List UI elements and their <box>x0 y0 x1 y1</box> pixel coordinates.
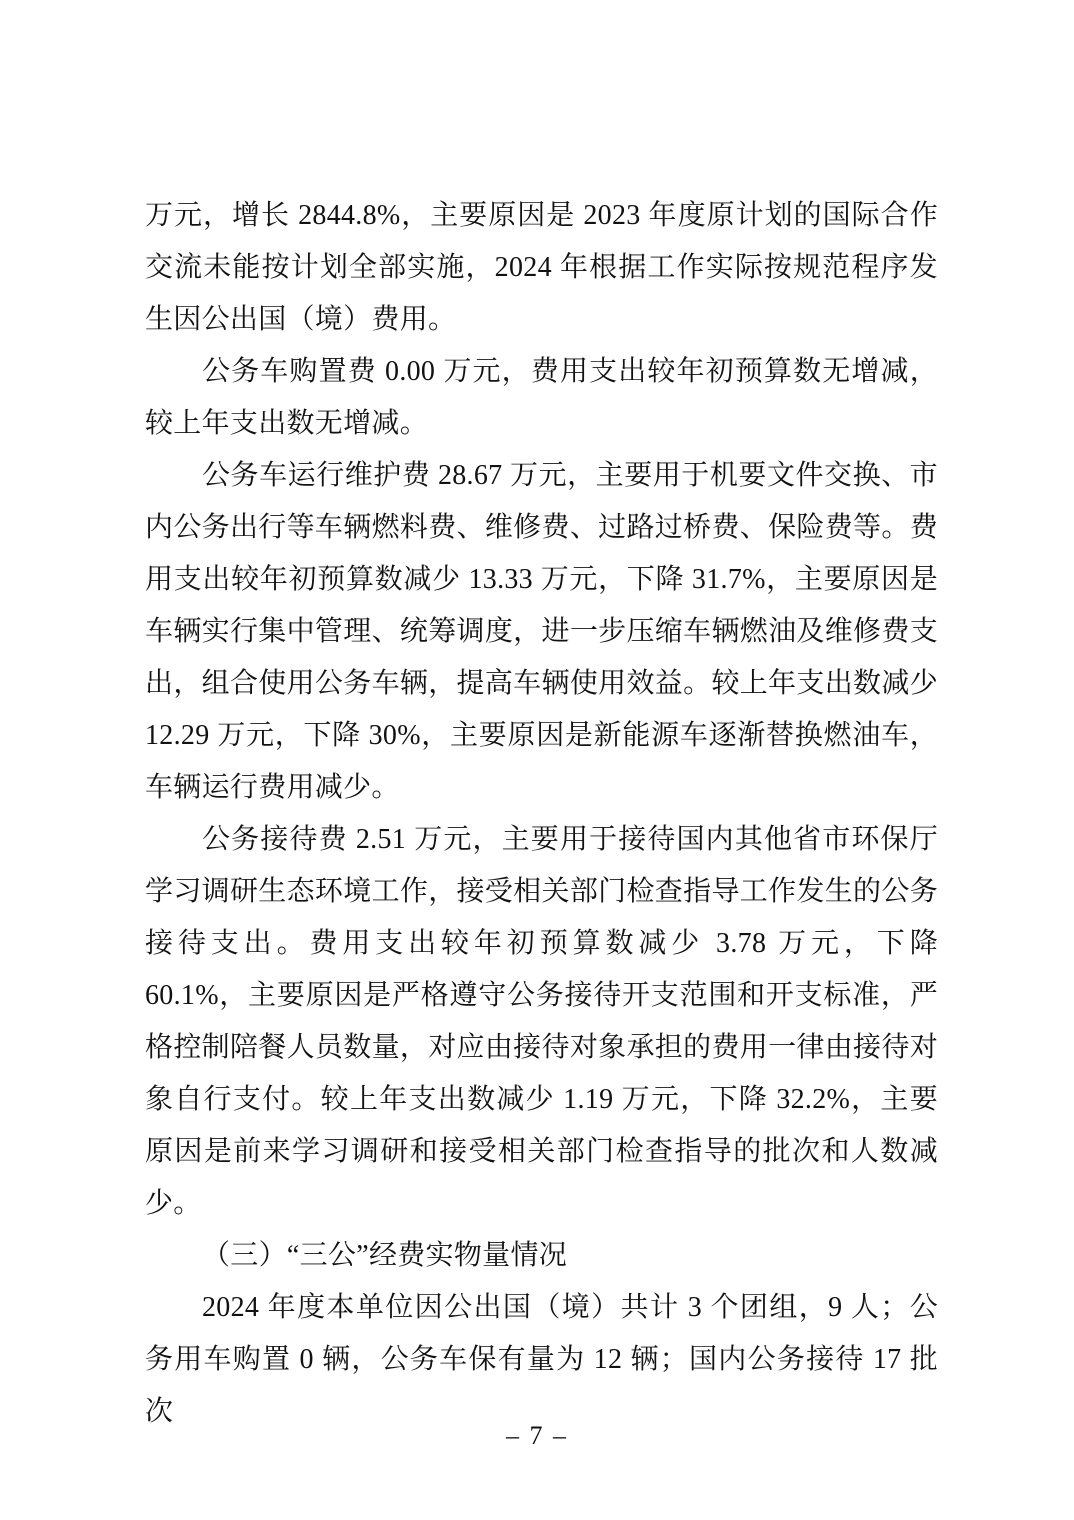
section-heading-three-public-funds-physical-quantity: （三）“三公”经费实物量情况 <box>145 1230 938 1282</box>
paragraph-vehicle-operation-maintenance-expense: 公务车运行维护费 28.67 万元，主要用于机要文件交换、市内公务出行等车辆燃料… <box>145 450 938 814</box>
paragraph-overseas-trip-expense-continuation: 万元，增长 2844.8%，主要原因是 2023 年度原计划的国际合作交流未能按… <box>145 190 938 346</box>
paragraph-official-reception-expense: 公务接待费 2.51 万元，主要用于接待国内其他省市环保厅学习调研生态环境工作，… <box>145 814 938 1230</box>
paragraph-vehicle-purchase-expense: 公务车购置费 0.00 万元，费用支出较年初预算数无增减，较上年支出数无增减。 <box>145 346 938 450</box>
page-number: – 7 – <box>0 1416 1074 1456</box>
paragraph-physical-quantity-statistics: 2024 年度本单位因公出国（境）共计 3 个团组，9 人；公务用车购置 0 辆… <box>145 1282 938 1438</box>
document-page: 万元，增长 2844.8%，主要原因是 2023 年度原计划的国际合作交流未能按… <box>0 0 1074 1520</box>
document-body: 万元，增长 2844.8%，主要原因是 2023 年度原计划的国际合作交流未能按… <box>145 190 938 1438</box>
